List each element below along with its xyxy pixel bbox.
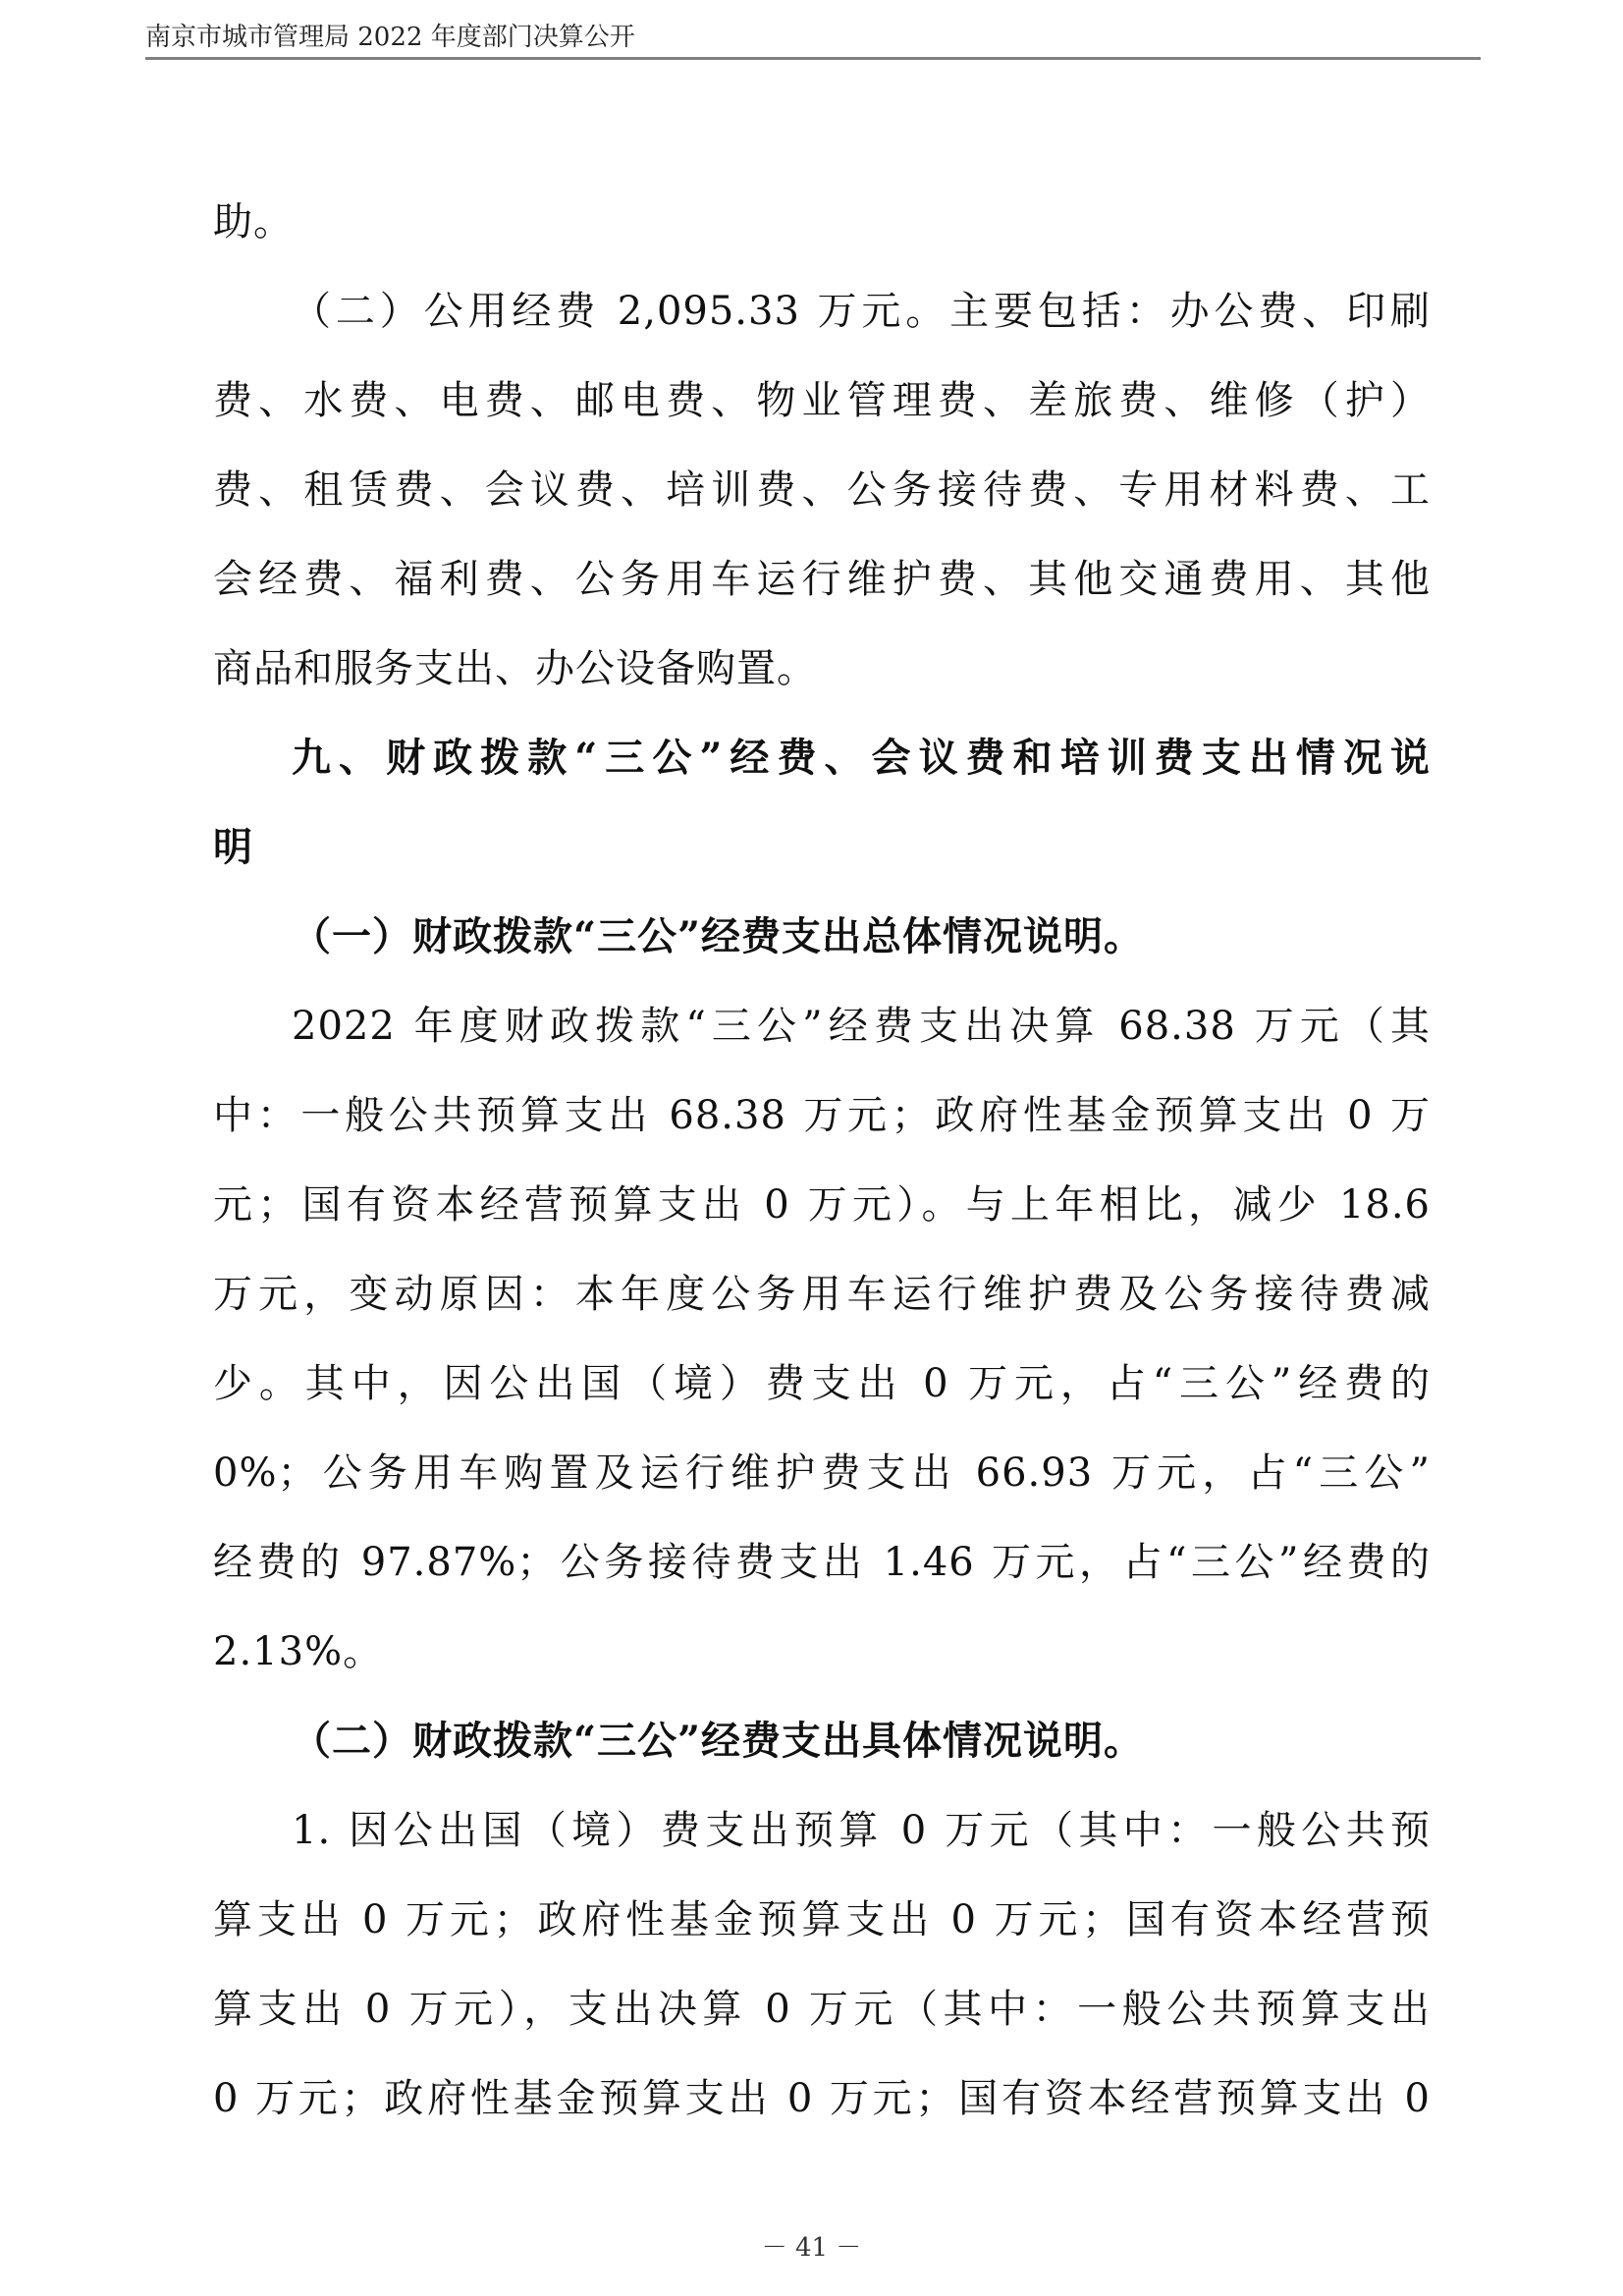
header-title: 南京市城市管理局 2022 年度部门决算公开	[145, 20, 1481, 55]
paragraph-line: 2022 年度财政拨款“三公”经费支出决算 68.38 万元（其	[213, 997, 1431, 1086]
page-number: － 41 －	[0, 2227, 1623, 2264]
page-header: 南京市城市管理局 2022 年度部门决算公开	[145, 20, 1481, 55]
paragraph-line: 费、租赁费、会议费、培训费、公务接待费、专用材料费、工	[213, 461, 1431, 550]
paragraph-line: 0 万元；政府性基金预算支出 0 万元；国有资本经营预算支出 0	[213, 2069, 1431, 2159]
paragraph-line: 1. 因公出国（境）费支出预算 0 万元（其中：一般公共预	[213, 1801, 1431, 1890]
paragraph-line: 商品和服务支出、办公设备购置。	[213, 639, 1431, 729]
paragraph-line: 少。其中，因公出国（境）费支出 0 万元，占“三公”经费的	[213, 1354, 1431, 1444]
paragraph-line: 0%；公务用车购置及运行维护费支出 66.93 万元，占“三公”	[213, 1444, 1431, 1533]
paragraph-line: 会经费、福利费、公务用车运行维护费、其他交通费用、其他	[213, 550, 1431, 639]
section-heading-line: 明	[213, 818, 1431, 907]
paragraph-line: （二）公用经费 2,095.33 万元。主要包括：办公费、印刷	[213, 282, 1431, 371]
section-heading-line: 九、财政拨款“三公”经费、会议费和培训费支出情况说	[213, 729, 1431, 818]
section-heading-line: （二）财政拨款“三公”经费支出具体情况说明。	[213, 1712, 1431, 1801]
section-heading-line: （一）财政拨款“三公”经费支出总体情况说明。	[213, 907, 1431, 997]
paragraph-line: 算支出 0 万元），支出决算 0 万元（其中：一般公共预算支出	[213, 1980, 1431, 2069]
paragraph-line: 算支出 0 万元；政府性基金预算支出 0 万元；国有资本经营预	[213, 1890, 1431, 1980]
paragraph-line: 中：一般公共预算支出 68.38 万元；政府性基金预算支出 0 万	[213, 1086, 1431, 1175]
paragraph-line: 万元，变动原因：本年度公务用车运行维护费及公务接待费减	[213, 1265, 1431, 1354]
paragraph-line: 助。	[213, 192, 1431, 282]
paragraph-line: 2.13%。	[213, 1622, 1431, 1712]
paragraph-line: 元；国有资本经营预算支出 0 万元）。与上年相比，减少 18.6	[213, 1175, 1431, 1265]
paragraph-line: 经费的 97.87%；公务接待费支出 1.46 万元，占“三公”经费的	[213, 1533, 1431, 1622]
paragraph-line: 费、水费、电费、邮电费、物业管理费、差旅费、维修（护）	[213, 371, 1431, 461]
document-body: 助。（二）公用经费 2,095.33 万元。主要包括：办公费、印刷费、水费、电费…	[213, 192, 1431, 2159]
header-divider	[145, 57, 1481, 60]
